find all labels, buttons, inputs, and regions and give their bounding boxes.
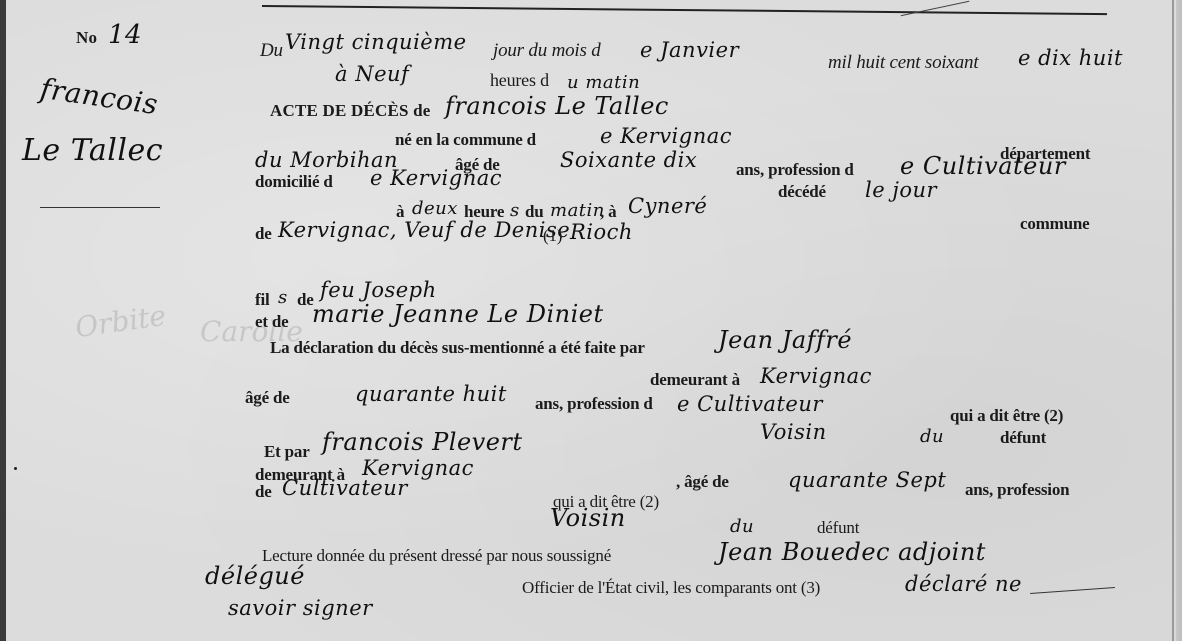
statement-continued-handwritten: savoir signer bbox=[228, 596, 373, 620]
text-ans-profession: ans, profession bbox=[965, 480, 1069, 500]
birth-commune-handwritten: e Kervignac bbox=[600, 124, 732, 148]
text-fil: fil bbox=[255, 290, 270, 310]
text-ans-profession: ans, profession d bbox=[535, 394, 653, 414]
acte-de-deces-heading: ACTE DE DÉCÈS de bbox=[270, 101, 430, 121]
text-et-par: Et par bbox=[264, 442, 310, 462]
text-lecture-donnee: Lecture donnée du présent dressé par nou… bbox=[262, 546, 611, 566]
margin-first-name: francois bbox=[38, 72, 160, 121]
declarant1-age-handwritten: quarante huit bbox=[355, 382, 507, 406]
declarant1-profession-handwritten: e Cultivateur bbox=[677, 392, 823, 416]
delegate-handwritten: délégué bbox=[205, 562, 305, 590]
text-jour-du-mois: jour du mois d bbox=[493, 40, 601, 62]
death-hour-handwritten: deux bbox=[412, 198, 458, 219]
spouse-surname-handwritten: Rioch bbox=[570, 220, 633, 244]
text-domicilie: domicilié d bbox=[255, 172, 333, 192]
text-ans-profession: ans, profession d bbox=[736, 160, 854, 180]
year-handwritten: e dix huit bbox=[1018, 46, 1123, 70]
age-handwritten: Soixante dix bbox=[560, 148, 697, 172]
entry-number: 14 bbox=[108, 20, 142, 50]
declarant2-profession-handwritten: Cultivateur bbox=[282, 476, 408, 500]
declarant1-residence-handwritten: Kervignac bbox=[760, 364, 872, 388]
text-du-handwritten: du bbox=[730, 516, 754, 537]
entry-number-label: No bbox=[76, 28, 97, 48]
hour-handwritten: à Neuf bbox=[335, 62, 409, 86]
domicile-handwritten: e Kervignac bbox=[370, 166, 502, 190]
text-age-de: âgé de bbox=[245, 388, 290, 408]
time-of-day-handwritten: u matin bbox=[567, 72, 640, 93]
declarant2-age-handwritten: quarante Sept bbox=[788, 468, 946, 492]
day-handwritten: Vingt cinquième bbox=[285, 30, 467, 54]
text-mil-huit-cent: mil huit cent soixant bbox=[828, 52, 978, 74]
declarant1-name-handwritten: Jean Jaffré bbox=[718, 326, 852, 354]
death-commune-widower-handwritten: Kervignac, Veuf de Denise bbox=[278, 218, 570, 242]
statement-handwritten: déclaré ne bbox=[905, 572, 1022, 596]
margin-last-name: Le Tallec bbox=[22, 133, 163, 168]
mother-name-handwritten: marie Jeanne Le Diniet bbox=[312, 300, 604, 328]
top-separator-rule bbox=[262, 5, 1107, 15]
text-officier-etat-civil: Officier de l'État civil, les comparants… bbox=[522, 578, 820, 598]
margin-underline bbox=[40, 207, 160, 208]
bleed-through-text: Orbite bbox=[73, 299, 168, 344]
text-declaration: La déclaration du décès sus-mentionné a … bbox=[270, 338, 645, 358]
deceased-name-handwritten: francois Le Tallec bbox=[445, 92, 669, 120]
page-edge bbox=[1176, 0, 1182, 641]
footnote-1: (1) bbox=[543, 226, 562, 246]
ink-dot bbox=[14, 467, 17, 470]
text-comma-a: , à bbox=[600, 202, 616, 222]
text-du: Du bbox=[260, 40, 283, 62]
father-name-handwritten: feu Joseph bbox=[320, 278, 437, 302]
death-place-handwritten: Cyneré bbox=[628, 194, 707, 218]
page-fold-line bbox=[1172, 0, 1174, 641]
pen-flourish bbox=[1030, 587, 1115, 594]
register-page: Orbite Carolle No 14 francois Le Tallec … bbox=[0, 0, 1182, 641]
text-defunt: défunt bbox=[817, 518, 859, 538]
fils-suffix-handwritten: s bbox=[278, 287, 288, 308]
text-commune: commune bbox=[1020, 214, 1089, 234]
declarant2-name-handwritten: francois Plevert bbox=[322, 428, 523, 456]
text-du-handwritten: du bbox=[920, 426, 944, 447]
text-de: de bbox=[255, 482, 272, 502]
text-decede: décédé bbox=[778, 182, 826, 202]
binding-edge bbox=[0, 0, 6, 641]
declarant2-relation-handwritten: Voisin bbox=[550, 504, 626, 532]
text-de: de bbox=[255, 224, 272, 244]
death-day-handwritten: le jour bbox=[865, 178, 937, 202]
text-heures: heures d bbox=[490, 70, 549, 91]
officer-name-handwritten: Jean Bouedec adjoint bbox=[718, 538, 986, 566]
declarant1-relation-handwritten: Voisin bbox=[760, 420, 827, 444]
text-defunt: défunt bbox=[1000, 428, 1046, 448]
text-qui-a-dit-etre: qui a dit être (2) bbox=[950, 406, 1063, 426]
text-ne-en-la-commune: né en la commune d bbox=[395, 130, 536, 150]
text-demeurant-a: demeurant à bbox=[650, 370, 740, 390]
text-age-de: , âgé de bbox=[676, 472, 729, 492]
month-handwritten: e Janvier bbox=[640, 38, 739, 62]
profession-handwritten: e Cultivateur bbox=[900, 152, 1066, 180]
pen-stroke bbox=[901, 1, 970, 17]
text-et-de: et de bbox=[255, 312, 288, 332]
